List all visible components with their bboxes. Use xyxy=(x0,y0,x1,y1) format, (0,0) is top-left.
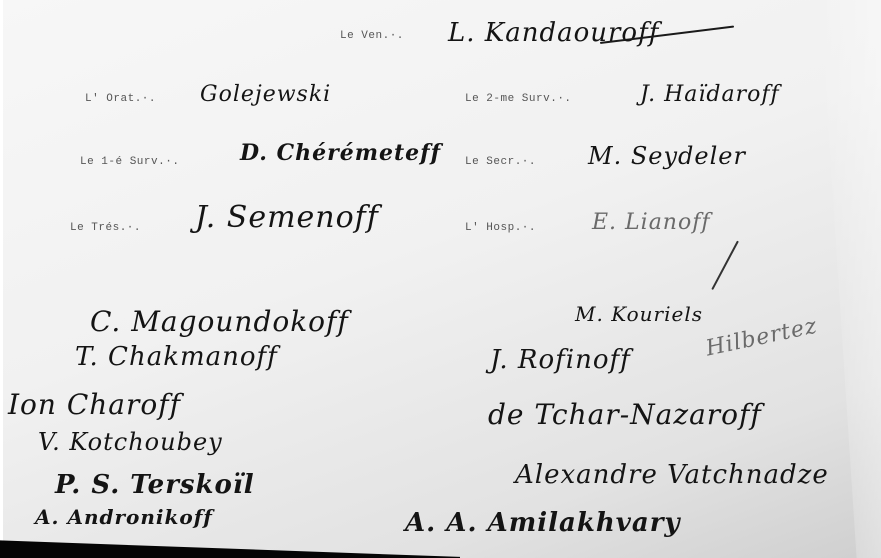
signature-secretary: M. Seydeler xyxy=(588,142,746,170)
scanned-document-page: Le Ven.·. L. Kandaouroff L' Orat.·. Gole… xyxy=(0,0,881,558)
member-signature: A. Andronikoff xyxy=(35,505,213,529)
signature-treasurer: J. Semenoff xyxy=(195,200,379,235)
signature-orator: Golejewski xyxy=(200,82,331,107)
typed-label-orator: L' Orat.·. xyxy=(85,93,156,105)
typed-label-first-warden: Le 1-é Surv.·. xyxy=(80,156,179,168)
typed-label-venerable: Le Ven.·. xyxy=(340,30,404,42)
signature-second-warden: J. Haïdaroff xyxy=(640,82,780,107)
member-signature: V. Kotchoubey xyxy=(38,428,223,456)
typed-label-second-warden: Le 2-me Surv.·. xyxy=(465,93,572,105)
signature-flourish xyxy=(711,241,739,291)
member-signature: A. A. Amilakhvary xyxy=(405,508,681,538)
member-signature: M. Kouriels xyxy=(575,302,703,326)
member-signature: P. S. Terskoïl xyxy=(55,470,255,500)
signature-venerable: L. Kandaouroff xyxy=(448,18,659,48)
page-fold-shadow xyxy=(820,0,881,558)
member-signature: J. Rofinoff xyxy=(490,345,631,375)
member-signature: Ion Charoff xyxy=(8,388,181,421)
scan-edge-shadow xyxy=(0,536,460,558)
page-left-edge xyxy=(0,0,3,558)
member-signature: Alexandre Vatchnadze xyxy=(515,460,829,490)
typed-label-treasurer: Le Trés.·. xyxy=(70,222,141,234)
signature-hospitaller: E. Lianoff xyxy=(592,210,711,235)
typed-label-hospitaller: L' Hosp.·. xyxy=(465,222,536,234)
signature-first-warden: D. Chérémeteff xyxy=(240,140,441,166)
member-signature: de Tchar-Nazaroff xyxy=(488,398,762,431)
typed-label-secretary: Le Secr.·. xyxy=(465,156,536,168)
member-signature: Hilbertez xyxy=(704,313,820,361)
member-signature: C. Magoundokoff xyxy=(90,305,349,338)
member-signature: T. Chakmanoff xyxy=(75,342,278,372)
